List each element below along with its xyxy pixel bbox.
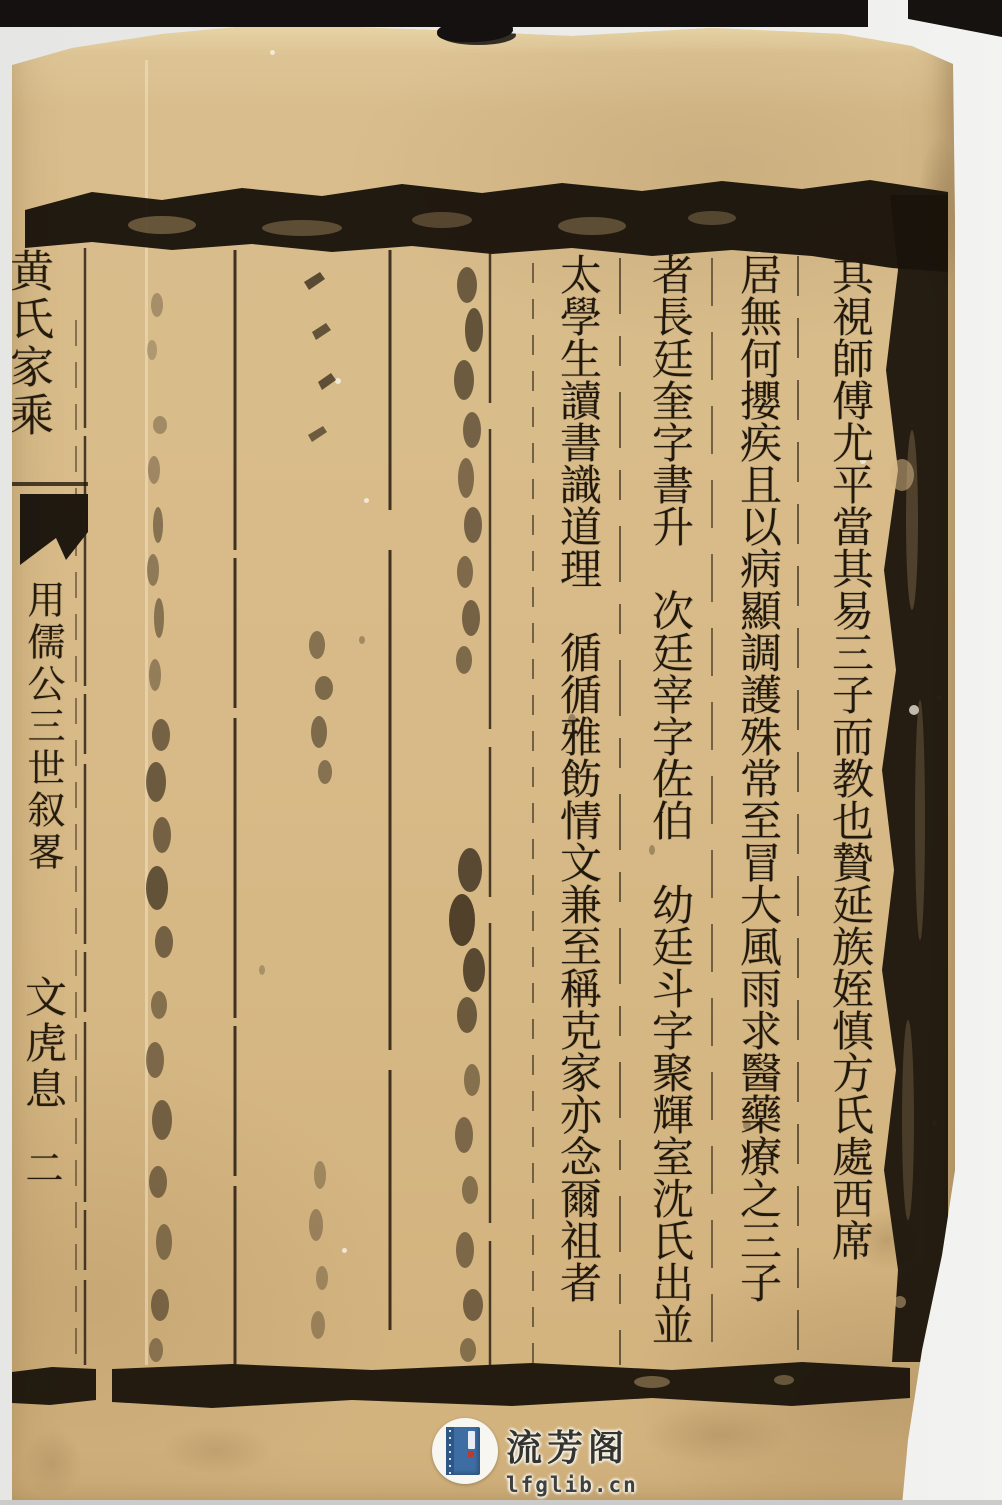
ink-print-layer	[12, 20, 955, 1505]
watermark: 流芳阁 lfglib.cn	[432, 1418, 638, 1497]
text-column-1: 其視師傅尤平當其易三子而教也贄延族姪慎方氏處西席	[820, 253, 880, 1373]
scan-black-band-top	[0, 0, 868, 27]
book-icon	[446, 1427, 480, 1475]
text-column-2: 居無何攖疾且以病顯調護殊常至冒大風雨求醫藥療之三子	[728, 253, 788, 1373]
watermark-text: 流芳阁 lfglib.cn	[506, 1418, 638, 1497]
book-title-label	[468, 1431, 475, 1449]
section-title: 用儒公三世叙畧	[12, 580, 74, 874]
right-border-ink	[882, 195, 948, 1362]
scan-black-band-corner	[908, 0, 1002, 42]
scan-bottom-edge	[0, 1500, 1002, 1505]
watermark-badge	[432, 1418, 498, 1484]
text-column-4: 太學生讀書識道理 循循雅飭情文兼至稱克家亦念爾祖者	[548, 253, 608, 1373]
top-border-ink	[25, 25, 948, 272]
watermark-site-url: lfglib.cn	[506, 1473, 638, 1497]
watermark-site-name: 流芳阁	[506, 1420, 638, 1471]
red-seal-icon	[468, 1451, 474, 1457]
page-number: 二	[16, 1148, 72, 1186]
book-title: 黄氏家乘	[0, 248, 58, 440]
scanned-page: 其視師傅尤平當其易三子而教也贄延族姪慎方氏處西席 居無何攖疾且以病顯調護殊常至冒…	[0, 0, 1002, 1505]
paper-sheet: 其視師傅尤平當其易三子而教也贄延族姪慎方氏處西席 居無何攖疾且以病顯調護殊常至冒…	[12, 20, 955, 1505]
margin-names: 文虎息	[12, 975, 74, 1113]
text-column-3: 者長廷奎字書升 次廷宰字佐伯 幼廷斗字聚輝室沈氏出並	[640, 253, 700, 1373]
book-spine-binding	[446, 1427, 454, 1475]
